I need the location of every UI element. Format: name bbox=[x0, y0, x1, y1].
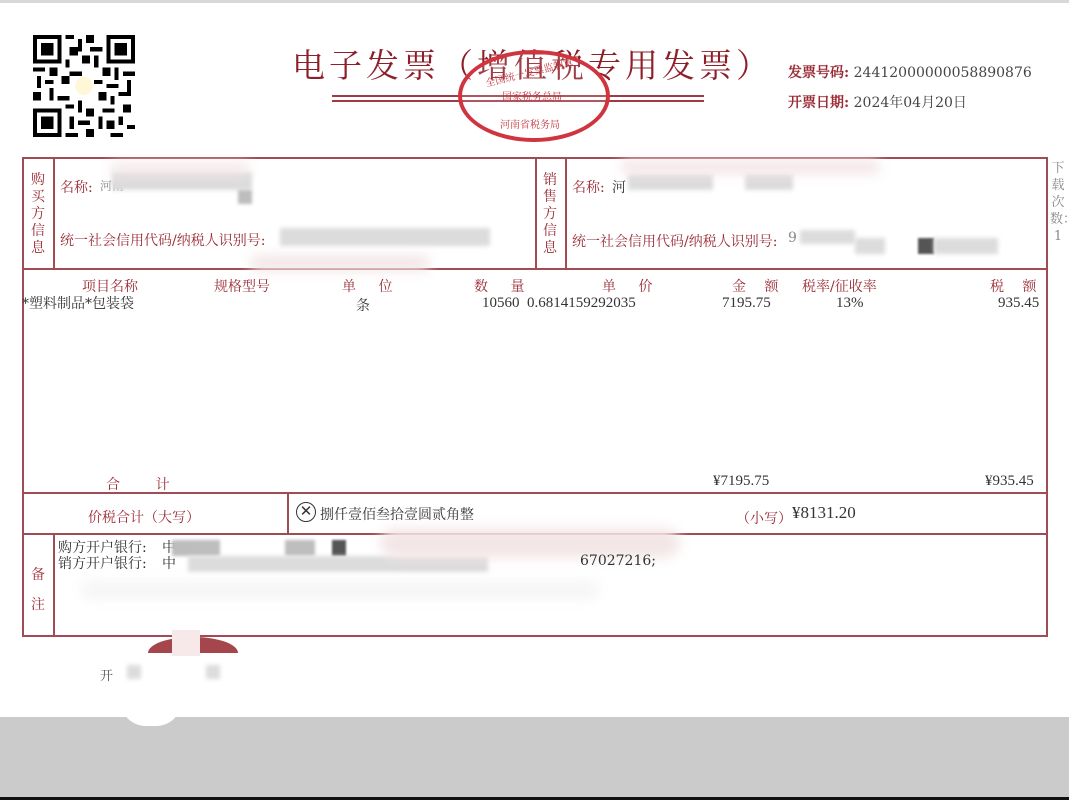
redacted-block bbox=[206, 665, 220, 679]
item-unit-price: 0.6814159292035 bbox=[527, 295, 636, 312]
redacted-block bbox=[285, 540, 315, 556]
redacted-block bbox=[238, 190, 252, 204]
buyer-name-label: 名称: bbox=[60, 177, 93, 197]
invoice-number-label: 发票号码: bbox=[788, 65, 849, 81]
seller-tax-id-value: 9 bbox=[788, 230, 797, 246]
invoice-number-value: 24412000000058890876 bbox=[854, 65, 1032, 81]
grand-total-label: 价税合计（大写） bbox=[88, 507, 200, 527]
seller-section-label: 销售方信息 bbox=[542, 172, 558, 257]
invoice-date-value: 2024年04月20日 bbox=[854, 95, 967, 111]
redacted-seller-name bbox=[745, 174, 793, 190]
circled-x-icon: ✕ bbox=[296, 502, 316, 522]
col-spec: 规格型号 bbox=[214, 276, 270, 296]
redacted-seller-tax-id bbox=[800, 230, 855, 244]
remarks-section-label: 备注 bbox=[30, 560, 46, 620]
item-tax: 935.45 bbox=[998, 295, 1039, 312]
divider bbox=[535, 157, 537, 269]
buyer-section-label: 购买方信息 bbox=[30, 172, 46, 257]
redacted-block bbox=[172, 540, 220, 556]
redacted-block bbox=[918, 238, 934, 254]
redacted-buyer-tax-id bbox=[280, 228, 490, 246]
divider bbox=[53, 157, 55, 269]
col-tax-rate: 税率/征收率 bbox=[802, 276, 877, 296]
divider bbox=[287, 492, 289, 534]
item-quantity: 10560 bbox=[482, 295, 520, 312]
redaction-smear bbox=[110, 163, 250, 175]
divider bbox=[22, 492, 1048, 494]
seal-middle-text: 国家税务总局 bbox=[502, 88, 562, 103]
redaction-smear bbox=[172, 630, 200, 656]
issuer-label: 开 bbox=[100, 665, 113, 684]
seal-bottom-text: 河南省税务局 bbox=[500, 116, 560, 131]
col-unit: 单 位 bbox=[342, 276, 392, 296]
redaction-smear bbox=[80, 580, 600, 600]
redacted-block bbox=[127, 665, 141, 679]
invoice-number: 发票号码: 24412000000058890876 bbox=[788, 62, 1032, 82]
grand-total-lowercase: ¥8131.20 bbox=[792, 503, 856, 523]
seller-name-label: 名称: bbox=[572, 177, 605, 197]
divider bbox=[53, 533, 55, 637]
item-name: *塑料制品*包装袋 bbox=[22, 293, 134, 313]
total-tax: ¥935.45 bbox=[985, 473, 1034, 490]
redaction-smear bbox=[250, 255, 430, 271]
seller-bank-value: 中 bbox=[162, 553, 176, 573]
col-tax: 税 额 bbox=[990, 276, 1036, 296]
download-count: 下载次数：1 bbox=[1050, 160, 1066, 245]
buyer-tax-id-label: 统一社会信用代码/纳税人识别号: bbox=[60, 230, 265, 250]
item-unit: 条 bbox=[356, 295, 370, 315]
total-amount: ¥7195.75 bbox=[713, 473, 769, 490]
item-amount: 7195.75 bbox=[722, 295, 771, 312]
col-unit-price: 单 价 bbox=[602, 276, 652, 296]
seller-name-value: 河 bbox=[612, 177, 626, 197]
redaction-smear bbox=[620, 160, 880, 174]
redacted-block bbox=[332, 540, 346, 556]
divider bbox=[565, 157, 567, 269]
account-fragment: 67027216; bbox=[580, 553, 656, 569]
background-area bbox=[0, 717, 1069, 797]
redacted-seller-tax-id bbox=[855, 238, 885, 254]
seal-top-text: 全国统一发票监制章 bbox=[484, 53, 575, 89]
redacted-seller-name bbox=[628, 174, 713, 190]
total-label: 合 计 bbox=[106, 474, 170, 494]
col-quantity: 数 量 bbox=[474, 276, 524, 296]
col-amount: 金 额 bbox=[732, 276, 778, 296]
grand-total-uppercase: 捌仟壹佰叁拾壹圆贰角整 bbox=[320, 504, 474, 524]
seller-bank-label: 销方开户银行: bbox=[58, 553, 147, 573]
invoice-date-label: 开票日期: bbox=[788, 95, 849, 111]
seller-tax-id-label: 统一社会信用代码/纳税人识别号: bbox=[572, 231, 777, 251]
grand-total-lowercase-label: （小写） bbox=[736, 508, 792, 528]
tax-seal: 全国统一发票监制章 国家税务总局 河南省税务局 bbox=[458, 50, 610, 142]
invoice-date: 开票日期: 2024年04月20日 bbox=[788, 92, 967, 112]
item-tax-rate: 13% bbox=[836, 295, 864, 312]
qr-code-icon bbox=[32, 35, 136, 137]
redacted-block bbox=[188, 556, 488, 572]
redacted-seller-tax-id bbox=[934, 238, 998, 254]
